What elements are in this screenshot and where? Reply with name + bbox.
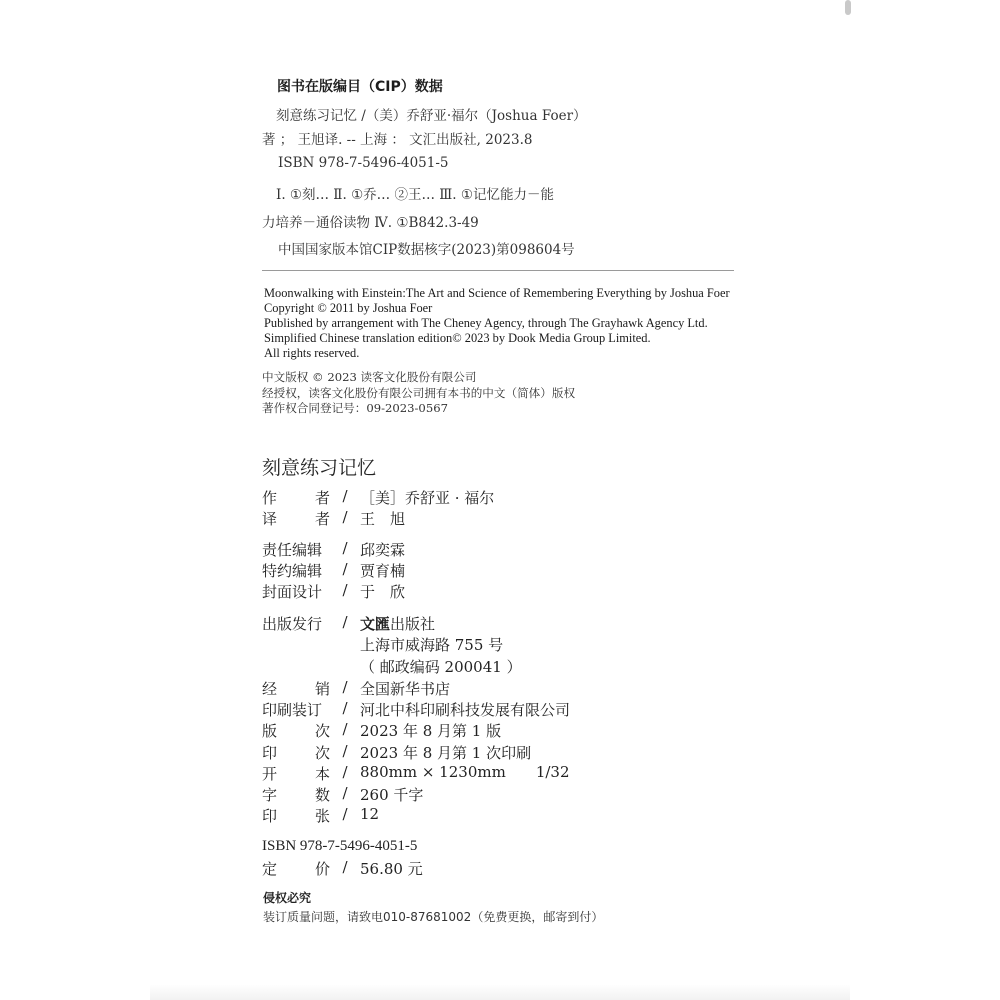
notice-title: 侵权必究 xyxy=(263,889,311,906)
credit-label: 字数 xyxy=(262,784,330,805)
rights-line: 经授权，读客文化股份有限公司拥有本书的中文（简体）版权 xyxy=(262,386,575,402)
credit-label: 出版发行 xyxy=(262,613,330,634)
credit-value: 2023 年 8 月第 1 次印刷 xyxy=(360,742,531,763)
cip-line: 刻意练习记忆 /（美）乔舒亚·福尔（Joshua Foer） xyxy=(276,104,587,124)
credit-value: 河北中科印刷科技发展有限公司 xyxy=(360,699,570,720)
cip-line: 力培养－通俗读物 Ⅳ. ①B842.3-49 xyxy=(262,211,479,231)
separator: / xyxy=(330,678,360,699)
scrollbar-thumb[interactable] xyxy=(845,0,851,15)
credit-row-word-count: 字数 / 260 千字 xyxy=(262,784,423,805)
separator: / xyxy=(330,539,360,560)
rights-line: Moonwalking with Einstein:The Art and Sc… xyxy=(264,286,730,301)
separator: / xyxy=(330,858,360,879)
english-rights: Moonwalking with Einstein:The Art and Sc… xyxy=(264,286,730,361)
separator: / xyxy=(330,560,360,581)
credit-value: 邱奕霖 xyxy=(360,539,405,560)
credit-value: 王 旭 xyxy=(360,508,405,529)
rights-line: Simplified Chinese translation edition© … xyxy=(264,331,730,346)
page-bottom-shadow xyxy=(150,985,850,1000)
credit-label: 封面设计 xyxy=(262,581,330,602)
separator: / xyxy=(330,487,360,508)
format-fraction: 1/32 xyxy=(536,763,570,784)
credit-value: 12 xyxy=(360,805,379,826)
separator: / xyxy=(330,784,360,805)
credit-value: 全国新华书店 xyxy=(360,678,450,699)
price-label: 定价 xyxy=(262,858,330,879)
separator: / xyxy=(330,581,360,602)
credit-label: 印刷装订 xyxy=(262,699,330,720)
isbn: ISBN 978-7-5496-4051-5 xyxy=(262,838,417,855)
notice-text: 装订质量问题，请致电010-87681002（免费更换，邮寄到付） xyxy=(263,908,603,925)
rights-line: 著作权合同登记号：09-2023-0567 xyxy=(262,401,575,417)
credit-row-printing: 印次 / 2023 年 8 月第 1 次印刷 xyxy=(262,742,531,763)
separator: / xyxy=(330,613,360,634)
chinese-rights: 中文版权 © 2023 读客文化股份有限公司 经授权，读客文化股份有限公司拥有本… xyxy=(262,370,575,417)
publisher-postcode: （ 邮政编码 200041 ） xyxy=(360,656,522,677)
rights-line: All rights reserved. xyxy=(264,346,730,361)
separator: / xyxy=(330,742,360,763)
separator: / xyxy=(330,763,360,784)
credit-label: 责任编辑 xyxy=(262,539,330,560)
credit-label: 印张 xyxy=(262,805,330,826)
credit-label: 经销 xyxy=(262,678,330,699)
credit-row-publisher: 出版发行 / 文匯出版社 xyxy=(262,613,435,634)
rights-line: 中文版权 © 2023 读客文化股份有限公司 xyxy=(262,370,575,386)
credit-value: 880mm × 1230mm xyxy=(360,763,506,784)
separator: / xyxy=(330,508,360,529)
credit-value: 文匯出版社 xyxy=(360,613,435,634)
credit-label: 译者 xyxy=(262,508,330,529)
price-value: 56.80 元 xyxy=(360,858,423,879)
cip-line: ISBN 978-7-5496-4051-5 xyxy=(278,155,449,171)
publisher-address: 上海市威海路 755 号 xyxy=(360,634,503,655)
publisher-logo-text: 文匯 xyxy=(360,615,390,633)
cip-heading: 图书在版编目（CIP）数据 xyxy=(277,76,443,96)
cip-line: 中国国家版本馆CIP数据核字(2023)第098604号 xyxy=(278,238,575,258)
cip-line: Ⅰ. ①刻… Ⅱ. ①乔… ②王… Ⅲ. ①记忆能力－能 xyxy=(276,183,554,203)
rights-line: Published by arrangement with The Cheney… xyxy=(264,316,730,331)
credit-row-printer: 印刷装订 / 河北中科印刷科技发展有限公司 xyxy=(262,699,570,720)
separator: / xyxy=(330,805,360,826)
credit-row-edition: 版次 / 2023 年 8 月第 1 版 xyxy=(262,720,501,741)
credit-row-sheets: 印张 / 12 xyxy=(262,805,379,826)
credit-row-format: 开本 / 880mm × 1230mm 1/32 xyxy=(262,763,570,784)
credit-value: 于 欣 xyxy=(360,581,405,602)
credit-label: 特约编辑 xyxy=(262,560,330,581)
credit-row-translator: 译者 / 王 旭 xyxy=(262,508,405,529)
separator: / xyxy=(330,699,360,720)
rights-line: Copyright © 2011 by Joshua Foer xyxy=(264,301,730,316)
cip-line: 著 ； 王旭译. -- 上海 ： 文汇出版社, 2023.8 xyxy=(262,128,532,148)
credit-label: 作者 xyxy=(262,487,330,508)
price-row: 定价 / 56.80 元 xyxy=(262,858,423,879)
divider xyxy=(262,270,734,271)
credit-value: ［美］乔舒亚 · 福尔 xyxy=(360,487,494,508)
separator: / xyxy=(330,720,360,741)
credit-value: 2023 年 8 月第 1 版 xyxy=(360,720,501,741)
credit-label: 开本 xyxy=(262,763,330,784)
credit-label: 印次 xyxy=(262,742,330,763)
credit-row-cover-design: 封面设计 / 于 欣 xyxy=(262,581,405,602)
credit-label: 版次 xyxy=(262,720,330,741)
credit-row-editor: 责任编辑 / 邱奕霖 xyxy=(262,539,405,560)
credit-value: 260 千字 xyxy=(360,784,423,805)
credit-row-special-editor: 特约编辑 / 贾育楠 xyxy=(262,560,405,581)
book-title: 刻意练习记忆 xyxy=(262,453,376,480)
credit-row-distributor: 经销 / 全国新华书店 xyxy=(262,678,450,699)
credit-value: 贾育楠 xyxy=(360,560,405,581)
credit-row-author: 作者 / ［美］乔舒亚 · 福尔 xyxy=(262,487,494,508)
